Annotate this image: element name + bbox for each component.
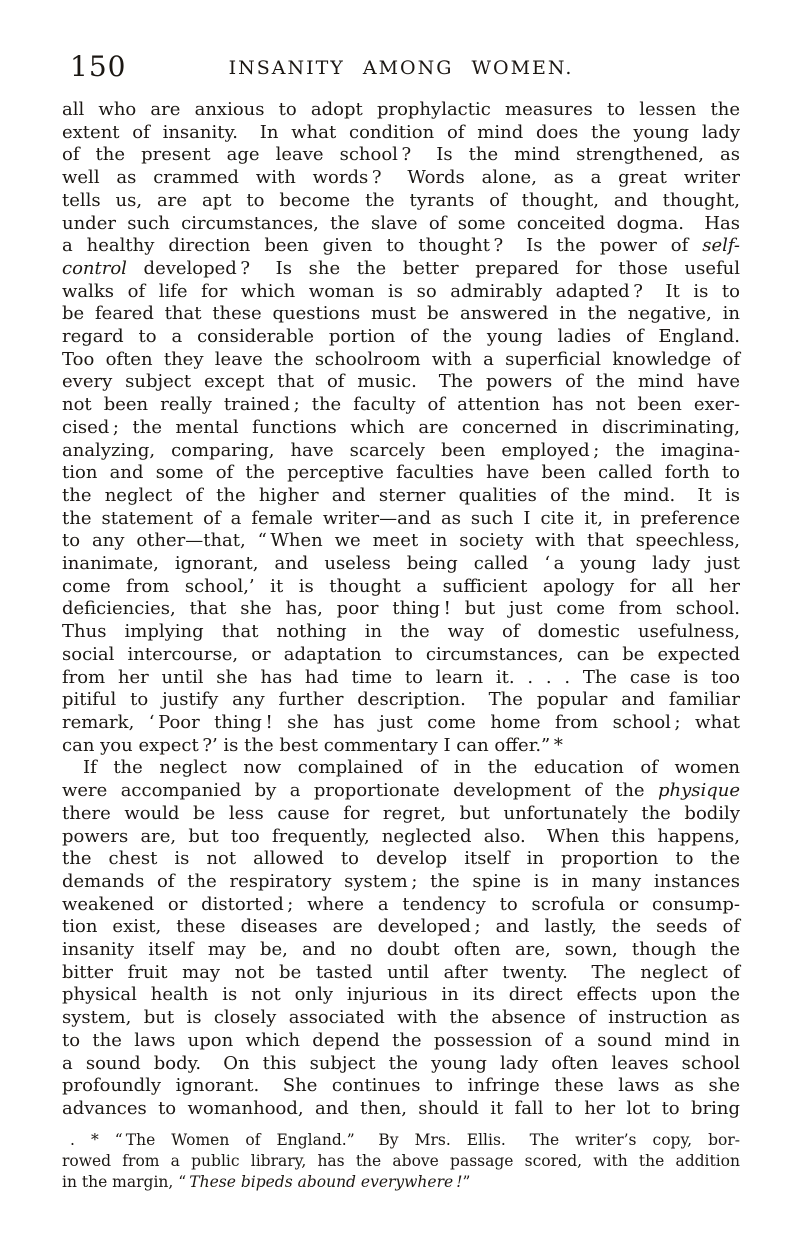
text-line: of the present age leave school ? Is the… (62, 144, 740, 167)
text-segment: a sound body. On this subject the young … (62, 1053, 740, 1074)
text-segment: powers are, but too frequently, neglecte… (62, 826, 740, 847)
text-line: physical health is not only injurious in… (62, 984, 740, 1007)
text-segment: deficiencies, that she has, poor thing !… (62, 598, 740, 619)
text-segment: analyzing, comparing, have scarcely been… (62, 440, 740, 461)
text-line: all who are anxious to adopt prophylacti… (62, 99, 740, 122)
text-line: come from school,’ it is thought a suffi… (62, 576, 740, 599)
text-segment: profoundly ignorant. She continues to in… (62, 1075, 740, 1096)
page-header: 150 INSANITY AMONG WOMEN. (62, 54, 740, 86)
text-line: tells us, are apt to become the tyrants … (62, 190, 740, 213)
text-segment: tells us, are apt to become the tyrants … (62, 190, 740, 211)
text-segment: ” (463, 1173, 471, 1191)
text-line: to the laws upon which depend the posses… (62, 1030, 740, 1053)
running-title: INSANITY AMONG WOMEN. (62, 54, 740, 79)
text-segment: the statement of a female writer—and as … (62, 508, 740, 529)
text-line: Thus implying that nothing in the way of… (62, 621, 740, 644)
text-segment: from her until she has had time to learn… (62, 667, 740, 688)
italic-text: self- (702, 235, 740, 256)
text-segment: inanimate, ignorant, and useless being c… (62, 553, 740, 574)
text-line: insanity itself may be, and no doubt oft… (62, 939, 740, 962)
text-segment: the chest is not allowed to develop itse… (62, 848, 740, 869)
text-segment: tion and some of the perceptive facultie… (62, 462, 740, 483)
text-line: the statement of a female writer—and as … (62, 508, 740, 531)
text-segment: remark, ‘ Poor thing ! she has just come… (62, 712, 740, 733)
text-segment: cised ; the mental functions which are c… (62, 417, 740, 438)
italic-text: These bipeds abound everywhere ! (189, 1173, 462, 1191)
text-segment: come from school,’ it is thought a suffi… (62, 576, 740, 597)
italic-text: control (62, 258, 127, 279)
text-segment: a healthy direction been given to though… (62, 235, 702, 256)
text-line: not been really trained ; the faculty of… (62, 394, 740, 417)
text-segment: every subject except that of music. The … (62, 371, 740, 392)
text-line: analyzing, comparing, have scarcely been… (62, 440, 740, 463)
text-segment: in the margin, “ (62, 1173, 189, 1191)
text-line: well as crammed with words ? Words alone… (62, 167, 740, 190)
text-line: pitiful to justify any further descripti… (62, 689, 740, 712)
text-segment: insanity itself may be, and no doubt oft… (62, 939, 740, 960)
text-segment: to the laws upon which depend the posses… (62, 1030, 740, 1051)
text-line: there would be less cause for regret, bu… (62, 803, 740, 826)
text-segment: were accompanied by a proportionate deve… (62, 780, 658, 801)
text-line: system, but is closely associated with t… (62, 1007, 740, 1030)
text-line: were accompanied by a proportionate deve… (62, 780, 740, 803)
text-segment: developed ? Is she the better prepared f… (127, 258, 740, 279)
text-line: under such circumstances, the slave of s… (62, 213, 740, 236)
text-line: powers are, but too frequently, neglecte… (62, 826, 740, 849)
italic-text: physique (658, 780, 740, 801)
text-line: cised ; the mental functions which are c… (62, 417, 740, 440)
text-segment: Too often they leave the schoolroom with… (62, 349, 740, 370)
text-segment: be feared that these questions must be a… (62, 303, 740, 324)
text-line: rowed from a public library, has the abo… (62, 1151, 740, 1172)
text-line: inanimate, ignorant, and useless being c… (62, 553, 740, 576)
text-line: a sound body. On this subject the young … (62, 1053, 740, 1076)
text-line: the neglect of the higher and sterner qu… (62, 485, 740, 508)
text-segment: there would be less cause for regret, bu… (62, 803, 740, 824)
text-segment: the neglect of the higher and sterner qu… (62, 485, 740, 506)
text-line: can you expect ?’ is the best commentary… (62, 735, 740, 758)
text-line: If the neglect now complained of in the … (62, 757, 740, 780)
text-segment: system, but is closely associated with t… (62, 1007, 740, 1028)
text-segment: not been really trained ; the faculty of… (62, 394, 740, 415)
text-line: deficiencies, that she has, poor thing !… (62, 598, 740, 621)
text-segment: under such circumstances, the slave of s… (62, 213, 740, 234)
text-segment: advances to womanhood, and then, should … (62, 1098, 740, 1119)
text-segment: tion exist, these diseases are developed… (62, 916, 740, 937)
text-line: the chest is not allowed to develop itse… (62, 848, 740, 871)
text-segment: social intercourse, or adaptation to cir… (62, 644, 740, 665)
text-segment: to any other—that, “ When we meet in soc… (62, 530, 740, 551)
text-line: . * “ The Women of England.” By Mrs. Ell… (62, 1130, 740, 1151)
text-line: tion and some of the perceptive facultie… (62, 462, 740, 485)
text-segment: extent of insanity. In what condition of… (62, 122, 740, 143)
text-segment: well as crammed with words ? Words alone… (62, 167, 740, 188)
text-segment: If the neglect now complained of in the … (83, 757, 740, 778)
text-line: demands of the respiratory system ; the … (62, 871, 740, 894)
text-segment: walks of life for which woman is so admi… (62, 281, 740, 302)
text-segment: all who are anxious to adopt prophylacti… (62, 99, 740, 120)
text-segment: . * “ The Women of England.” By Mrs. Ell… (70, 1131, 740, 1149)
text-line: control developed ? Is she the better pr… (62, 258, 740, 281)
text-line: be feared that these questions must be a… (62, 303, 740, 326)
text-line: profoundly ignorant. She continues to in… (62, 1075, 740, 1098)
paragraph: all who are anxious to adopt prophylacti… (62, 99, 740, 757)
text-line: extent of insanity. In what condition of… (62, 122, 740, 145)
book-page: 150 INSANITY AMONG WOMEN. all who are an… (0, 0, 788, 1237)
page-number: 150 (70, 50, 126, 83)
text-line: every subject except that of music. The … (62, 371, 740, 394)
text-line: a healthy direction been given to though… (62, 235, 740, 258)
text-line: regard to a considerable portion of the … (62, 326, 740, 349)
text-segment: rowed from a public library, has the abo… (62, 1152, 740, 1170)
text-line: remark, ‘ Poor thing ! she has just come… (62, 712, 740, 735)
text-segment: physical health is not only injurious in… (62, 984, 740, 1005)
text-line: tion exist, these diseases are developed… (62, 916, 740, 939)
text-segment: of the present age leave school ? Is the… (62, 144, 740, 165)
text-segment: can you expect ?’ is the best commentary… (62, 735, 563, 756)
text-line: weakened or distorted ; where a tendency… (62, 894, 740, 917)
text-segment: regard to a considerable portion of the … (62, 326, 740, 347)
text-line: advances to womanhood, and then, should … (62, 1098, 740, 1121)
text-segment: Thus implying that nothing in the way of… (62, 621, 740, 642)
text-line: social intercourse, or adaptation to cir… (62, 644, 740, 667)
text-line: bitter fruit may not be tasted until aft… (62, 962, 740, 985)
text-segment: demands of the respiratory system ; the … (62, 871, 740, 892)
text-segment: weakened or distorted ; where a tendency… (62, 894, 740, 915)
text-line: Too often they leave the schoolroom with… (62, 349, 740, 372)
footnote: . * “ The Women of England.” By Mrs. Ell… (62, 1130, 740, 1193)
body-text: all who are anxious to adopt prophylacti… (62, 99, 740, 1121)
text-line: to any other—that, “ When we meet in soc… (62, 530, 740, 553)
text-line: walks of life for which woman is so admi… (62, 281, 740, 304)
paragraph: If the neglect now complained of in the … (62, 757, 740, 1120)
text-segment: pitiful to justify any further descripti… (62, 689, 740, 710)
text-line: in the margin, “ These bipeds abound eve… (62, 1172, 740, 1193)
text-segment: bitter fruit may not be tasted until aft… (62, 962, 740, 983)
text-line: from her until she has had time to learn… (62, 667, 740, 690)
